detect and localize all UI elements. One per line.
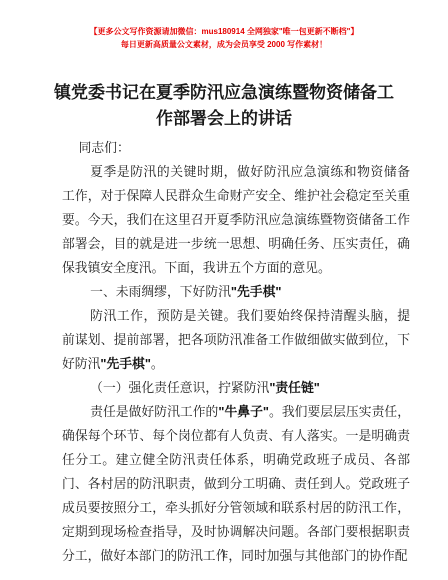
- paragraph: 夏季是防汛的关键时期，做好防汛应急演练和物资储备工作，对于保障人民群众生命财产安…: [62, 160, 410, 280]
- document-page: 【更多公文写作资源请加微信：mus180914 全网独家"唯一包更新不断档"】 …: [0, 0, 448, 580]
- emphasized-term: "牛鼻子": [218, 404, 269, 419]
- emphasized-term: "责任链": [269, 380, 320, 395]
- paragraph: 防汛工作，预防是关键。我们要始终保持清醒头脑，提前谋划、提前部署，把各项防汛准备…: [62, 304, 410, 376]
- paragraph: 责任是做好防汛工作的"牛鼻子"。我们要层层压实责任，确保每个环节、每个岗位都有人…: [62, 400, 410, 568]
- section-heading: （一）强化责任意识，拧紧防汛"责任链": [62, 376, 410, 400]
- emphasized-term: "先手棋": [100, 356, 151, 371]
- section-heading: 一、未雨绸缪，下好防汛"先手棋": [62, 280, 410, 304]
- document-title: 镇党委书记在夏季防汛应急演练暨物资储备工作部署会上的讲话: [52, 80, 396, 132]
- text-run: 责任是做好防汛工作的: [90, 405, 218, 419]
- text-run: 一、未雨绸缪，下好防汛: [90, 285, 231, 299]
- emphasized-term: "先手棋": [231, 284, 282, 299]
- page-number: 1: [0, 548, 448, 560]
- watermark-notice: 【更多公文写作资源请加微信：mus180914 全网独家"唯一包更新不断档"】 …: [0, 25, 448, 51]
- text-run: 。我们要层层压实责任，确保每个环节、每个岗位都有人负责、有人落实。一是明确责任分…: [62, 405, 410, 563]
- document-body: 同志们：夏季是防汛的关键时期，做好防汛应急演练和物资储备工作，对于保障人民群众生…: [62, 136, 410, 568]
- salutation: 同志们：: [62, 136, 410, 160]
- text-run: 。: [151, 357, 164, 371]
- text-run: 同志们：: [79, 141, 130, 155]
- watermark-line-1: 【更多公文写作资源请加微信：mus180914 全网独家"唯一包更新不断档"】: [0, 25, 448, 38]
- watermark-line-2: 每日更新高质量公文素材，成为会员享受 2000 写作素材！: [0, 38, 448, 51]
- text-run: （一）强化责任意识，拧紧防汛: [90, 381, 269, 395]
- text-run: 夏季是防汛的关键时期，做好防汛应急演练和物资储备工作，对于保障人民群众生命财产安…: [62, 165, 410, 275]
